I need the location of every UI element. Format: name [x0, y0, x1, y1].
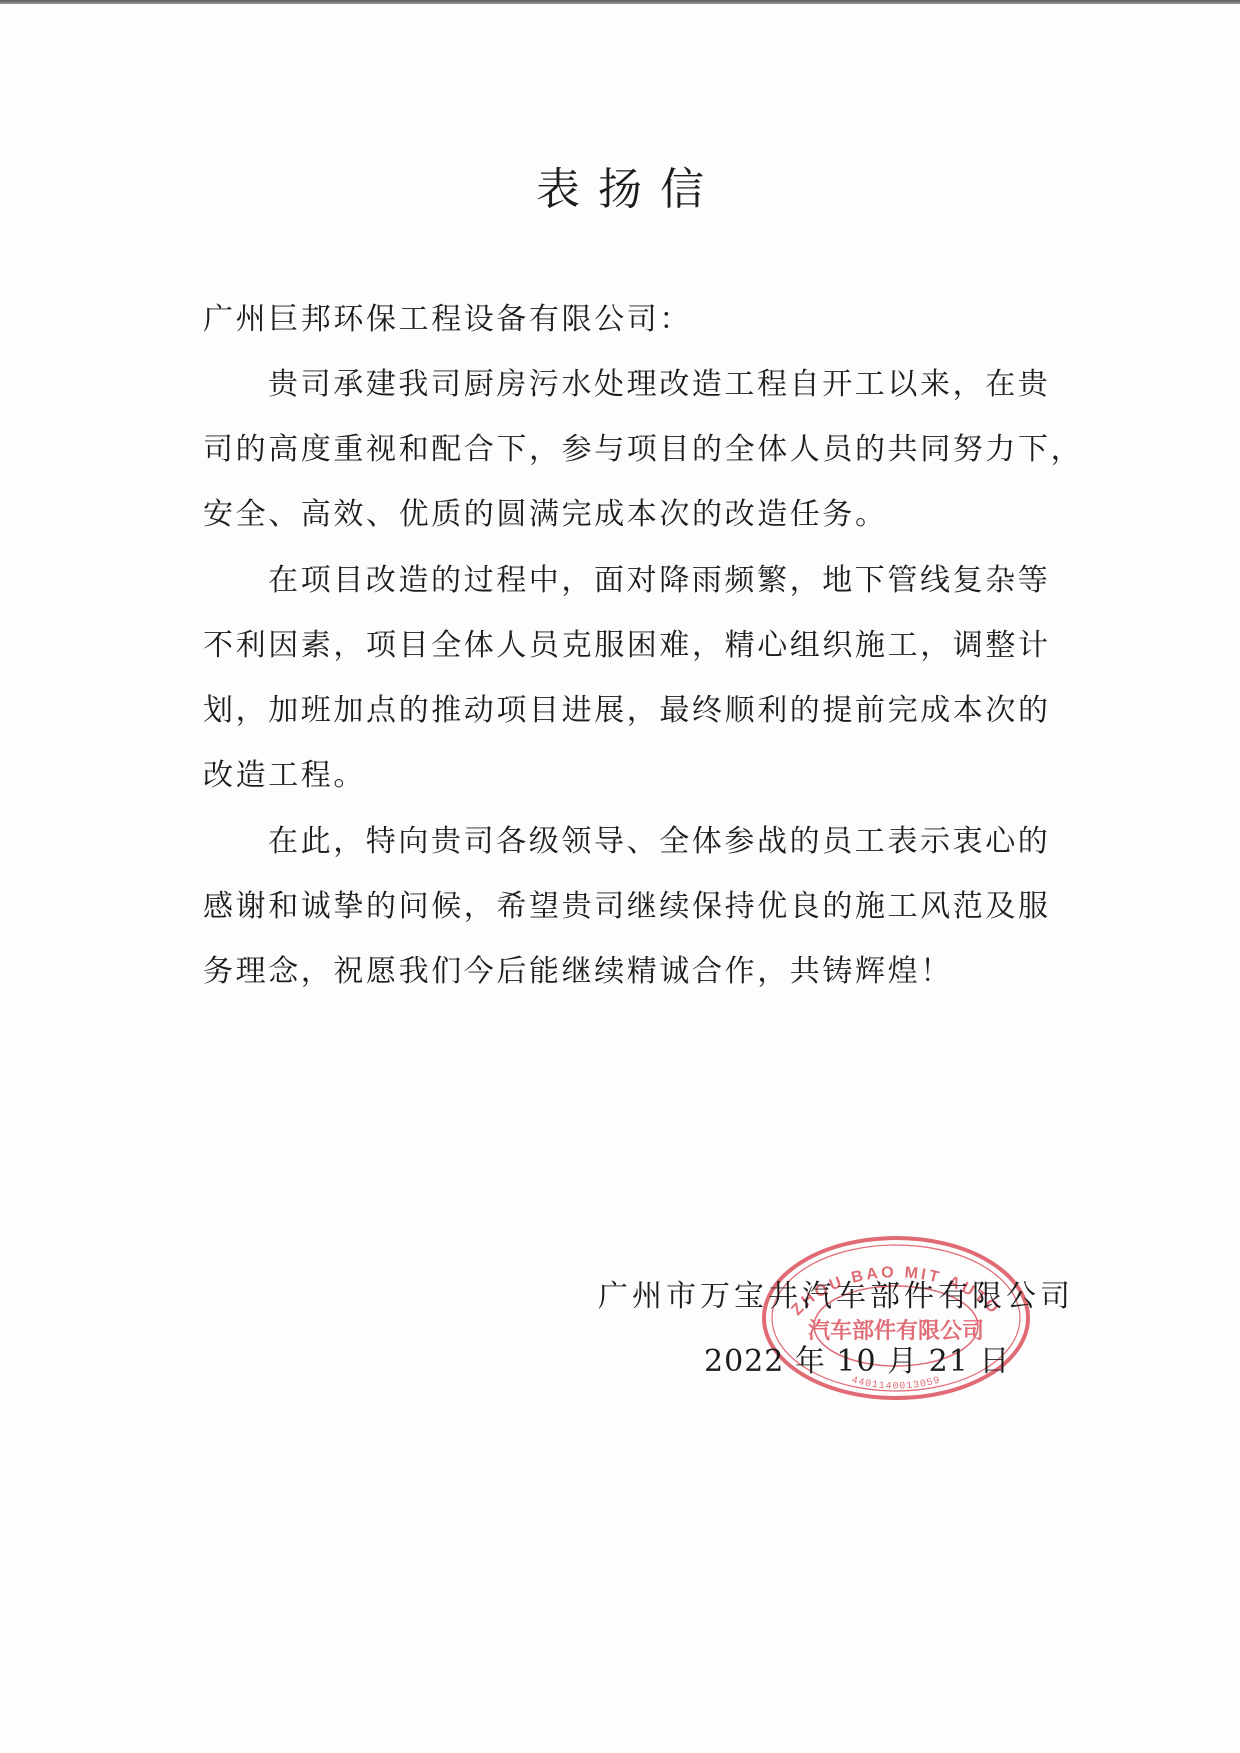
paragraph-2-line-4: 改造工程。 — [203, 756, 366, 796]
paragraph-1-line-3: 安全、高效、优质的圆满完成本次的改造任务。 — [203, 495, 888, 535]
letter-title: 表扬信 — [0, 160, 1240, 220]
paragraph-3-line-3: 务理念，祝愿我们今后能继续精诚合作，共铸辉煌！ — [203, 952, 953, 992]
salutation: 广州巨邦环保工程设备有限公司： — [203, 300, 692, 340]
stamp-center-text: 汽车部件有限公司 — [808, 1318, 984, 1344]
signature-date: 2022 年 10 月 21 日 — [704, 1342, 1010, 1382]
scan-edge — [0, 0, 1240, 4]
paragraph-2-line-3: 划，加班加点的推动项目进展，最终顺利的提前完成本次的 — [203, 691, 1051, 731]
paragraph-3-line-2: 感谢和诚挚的问候，希望贵司继续保持优良的施工风范及服 — [203, 887, 1051, 927]
paragraph-2-line-2: 不利因素，项目全体人员克服困难，精心组织施工，调整计 — [203, 626, 1051, 666]
paragraph-3-line-1: 在此，特向贵司各级领导、全体参战的员工表示衷心的 — [268, 822, 1050, 862]
paragraph-1-line-2: 司的高度重视和配合下，参与项目的全体人员的共同努力下， — [203, 430, 1083, 470]
paragraph-1-line-1: 贵司承建我司厨房污水处理改造工程自开工以来，在贵 — [268, 365, 1050, 405]
signature-company: 广州市万宝井汽车部件有限公司 — [598, 1277, 1074, 1317]
paragraph-2-line-1: 在项目改造的过程中，面对降雨频繁，地下管线复杂等 — [268, 561, 1050, 601]
